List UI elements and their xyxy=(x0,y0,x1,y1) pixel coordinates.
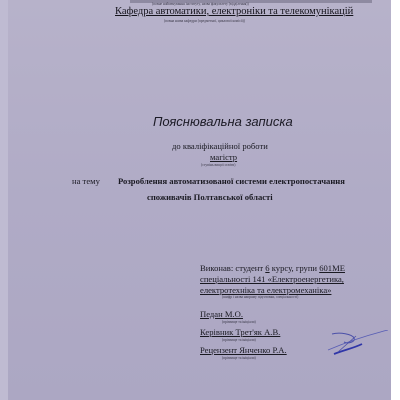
department-caption: (повна назва кафедри (предметної, циклов… xyxy=(164,19,245,23)
reviewer-name: Рецензент Янченко Р.А. xyxy=(200,345,287,355)
specialty-line-2: електротехніка та електромеханіка» xyxy=(200,285,331,295)
page-edge xyxy=(0,0,8,400)
signature-icon xyxy=(318,330,390,366)
work-type: до кваліфікаційної роботи xyxy=(172,141,268,151)
reviewer-caption: (прізвище та ініціали) xyxy=(222,356,256,360)
supervisor-name: Керівник Трет'як А.В. xyxy=(200,327,280,337)
group-number: 601МЕ xyxy=(319,263,345,273)
author-mid: курсу, групи xyxy=(272,263,317,273)
specialty-line-1: спеціальності 141 «Електроенергетика, xyxy=(200,274,344,284)
course-number: 6 xyxy=(265,263,269,273)
student-caption: (прізвище та ініціали) xyxy=(222,320,256,324)
department-name: Кафедра автоматики, електроніки та телек… xyxy=(115,6,353,17)
topic-label: на тему xyxy=(72,176,100,186)
degree: магістр xyxy=(210,152,237,162)
document-page: (повне найменування інституту, назва фак… xyxy=(0,0,391,400)
specialty-caption: (шифр і назва напряму підготовки, спеціа… xyxy=(222,295,298,299)
author-prefix: Виконав: студент xyxy=(200,263,263,273)
topic-line-1: Розроблення автоматизованої системи елек… xyxy=(118,176,345,186)
degree-caption: (ступінь вищої освіти) xyxy=(201,163,235,167)
supervisor-caption: (прізвище та ініціали) xyxy=(222,338,256,342)
document-title: Пояснювальна записка xyxy=(153,114,293,129)
student-name: Педан М.О. xyxy=(200,309,243,319)
topic-line-2: споживачів Полтавської області xyxy=(147,192,273,202)
author-line-1: Виконав: студент 6 курсу, групи 601МЕ xyxy=(200,263,345,273)
